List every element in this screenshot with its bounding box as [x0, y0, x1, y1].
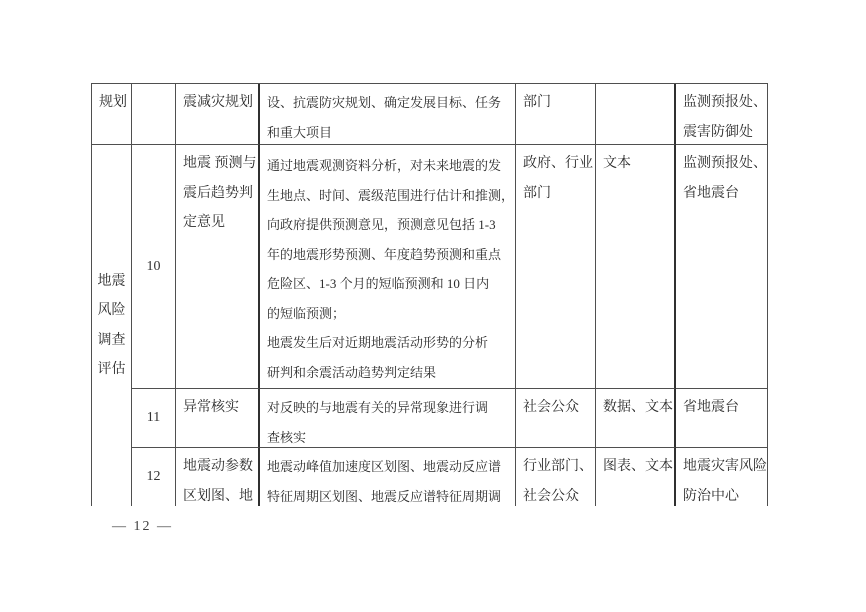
cell-description: 设、抗震防灾规划、确定发展目标、任务 和重大项目	[260, 84, 516, 145]
cell-no-empty	[132, 84, 176, 145]
text-line: 省地震台	[683, 393, 765, 423]
text-line: 地震发生后对近期地震活动形势的分析	[267, 328, 513, 358]
cell-data-format	[596, 84, 676, 145]
text-line: 调查	[98, 326, 126, 356]
text-line: 防治中心	[683, 482, 765, 507]
text-line: 文本	[603, 149, 672, 179]
cell-service-target: 行业部门、 社会公众	[516, 448, 596, 506]
text-line: 监测预报处、	[683, 149, 765, 179]
row-number: 12	[147, 469, 161, 485]
cell-responsible-dept: 地震灾害风险 防治中心	[676, 448, 768, 506]
cell-category: 规划	[92, 84, 132, 145]
text-line: 生地点、时间、震级范围进行估计和推测，	[267, 181, 513, 211]
cell-responsible-dept: 省地震台	[676, 389, 768, 448]
text-line: 政府、行业	[523, 149, 593, 179]
service-items-table: 规划 震减灾规划 设、抗震防灾规划、确定发展目标、任务 和重大项目 部门 监测预…	[91, 83, 768, 506]
text-line: 危险区、1-3 个月的短临预测和 10 日内	[267, 269, 513, 299]
text-line: 和重大项目	[267, 118, 513, 146]
text-line: 数据、文本	[603, 393, 672, 423]
text-line: 向政府提供预测意见，预测意见包括 1-3	[267, 210, 513, 240]
cell-no: 11	[132, 389, 176, 448]
cell-description: 通过地震观测资料分析，对未来地震的发 生地点、时间、震级范围进行估计和推测， 向…	[260, 145, 516, 389]
text-line: 社会公众	[523, 482, 593, 507]
document-page: { "page": { "page_number": "— 12 —" }, "…	[0, 0, 866, 612]
text-line: 风险	[98, 296, 126, 326]
cell-data-format: 数据、文本	[596, 389, 676, 448]
row-number: 11	[147, 410, 160, 426]
text-line: 地震灾害风险	[683, 452, 765, 482]
text-line: 异常核实	[183, 393, 256, 423]
text-line: 规划	[99, 88, 129, 118]
cell-description: 地震动峰值加速度区划图、地震动反应谱 特征周期区划图、地震反应谱特征周期调	[260, 448, 516, 506]
text-line: 省地震台	[683, 179, 765, 209]
text-line: 地震动峰值加速度区划图、地震动反应谱	[267, 452, 513, 482]
text-line: 部门	[523, 88, 593, 118]
text-line: 地震	[98, 267, 126, 297]
cell-description: 对反映的与地震有关的异常现象进行调 查核实	[260, 389, 516, 448]
text-line: 定意见	[183, 208, 256, 238]
text-line: 特征周期区划图、地震反应谱特征周期调	[267, 482, 513, 507]
cell-service-target: 部门	[516, 84, 596, 145]
text-line: 震害防御处	[683, 118, 765, 146]
cell-responsible-dept: 监测预报处、 省地震台	[676, 145, 768, 389]
text-line: 对反映的与地震有关的异常现象进行调	[267, 393, 513, 423]
text-line: 图表、文本	[603, 452, 672, 482]
text-line: 地震动参数	[183, 452, 256, 482]
cell-category-earthquake-risk: 地震 风险 调查 评估	[92, 145, 132, 506]
cell-responsible-dept: 监测预报处、 震害防御处	[676, 84, 768, 145]
text-line: 行业部门、	[523, 452, 593, 482]
cell-item-name: 异常核实	[176, 389, 260, 448]
cell-no: 10	[132, 145, 176, 389]
text-line: 部门	[523, 179, 593, 209]
text-line: 地震 预测与	[183, 149, 256, 179]
text-line: 区划图、地	[183, 482, 256, 507]
text-line: 查核实	[267, 423, 513, 449]
cell-service-target: 政府、行业 部门	[516, 145, 596, 389]
page-number: — 12 —	[112, 517, 173, 537]
cell-data-format: 图表、文本	[596, 448, 676, 506]
text-line: 震后趋势判	[183, 179, 256, 209]
cell-service-target: 社会公众	[516, 389, 596, 448]
cell-item-name: 地震 预测与 震后趋势判 定意见	[176, 145, 260, 389]
cell-data-format: 文本	[596, 145, 676, 389]
text-line: 评估	[98, 355, 126, 385]
cell-item-name: 震减灾规划	[176, 84, 260, 145]
cell-no: 12	[132, 448, 176, 506]
text-line: 设、抗震防灾规划、确定发展目标、任务	[267, 88, 513, 118]
row-number: 10	[147, 259, 161, 275]
text-line: 震减灾规划	[183, 88, 256, 118]
text-line: 监测预报处、	[683, 88, 765, 118]
text-line: 研判和余震活动趋势判定结果	[267, 358, 513, 388]
text-line: 通过地震观测资料分析，对未来地震的发	[267, 151, 513, 181]
cell-item-name: 地震动参数 区划图、地	[176, 448, 260, 506]
text-line: 的短临预测；	[267, 299, 513, 329]
text-line: 社会公众	[523, 393, 593, 423]
text-line: 年的地震形势预测、年度趋势预测和重点	[267, 240, 513, 270]
